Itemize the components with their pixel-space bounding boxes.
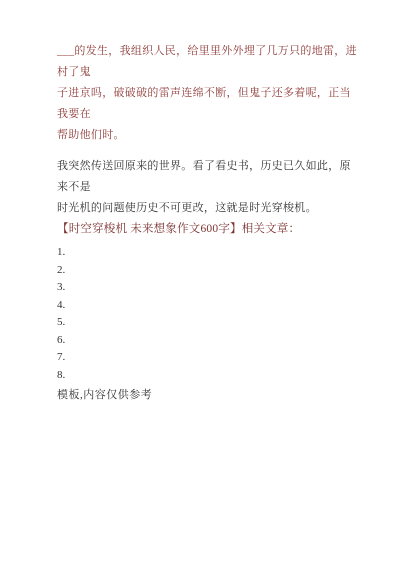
list-item: 5. [57,314,362,332]
list-item: 2. [57,262,362,280]
list-item: 4. [57,297,362,315]
document-page: ___的发生，我组织人民，给里里外外埋了几万只的地雷，进村了鬼 子进京吗，破破破… [0,0,400,566]
essay-paragraph-black: 我突然传送回原来的世界。看了看史书，历史已久如此，原来不是 时光机的问题使历史不… [57,156,362,219]
list-item: 8. [57,367,362,385]
text-line: 子进京吗，破破破的雷声连绵不断，但鬼子还多着呢，正当我要在 [57,83,362,125]
text-line: 时光机的问题使历史不可更改，这就是时光穿梭机。 [57,198,362,219]
template-footer-note: 模板,内容仅供参考 [57,387,362,405]
related-articles-heading: 【时空穿梭机 未来想象作文600字】相关文章： [57,219,362,240]
list-item: 6. [57,332,362,350]
text-line: ___的发生，我组织人民，给里里外外埋了几万只的地雷，进村了鬼 [57,41,362,83]
related-articles-list: 1. 2. 3. 4. 5. 6. 7. 8. [57,244,362,384]
list-item: 7. [57,349,362,367]
text-line: 帮助他们时。 [57,125,362,146]
list-item: 3. [57,279,362,297]
text-line: 我突然传送回原来的世界。看了看史书，历史已久如此，原来不是 [57,156,362,198]
list-item: 1. [57,244,362,262]
essay-paragraph-red: ___的发生，我组织人民，给里里外外埋了几万只的地雷，进村了鬼 子进京吗，破破破… [57,41,362,146]
